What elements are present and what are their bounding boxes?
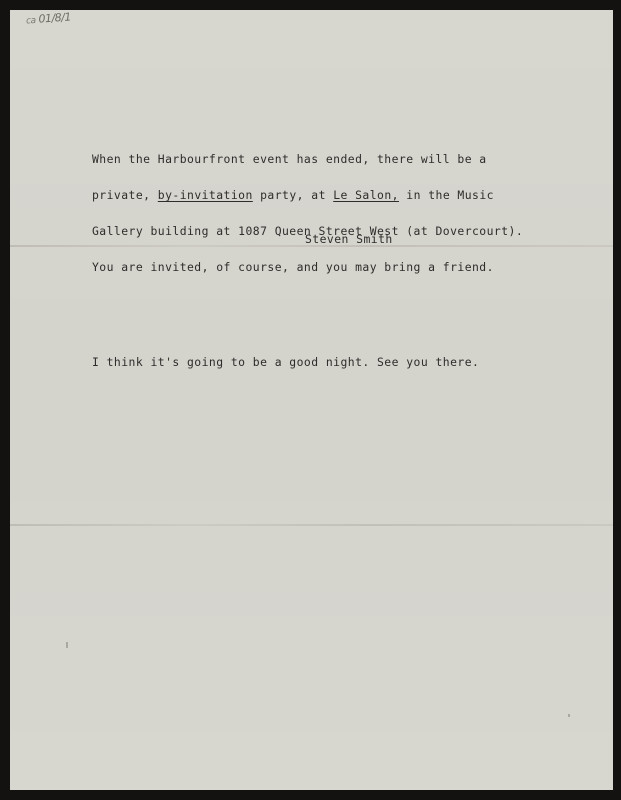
signature: Steven Smith <box>305 232 393 246</box>
text-line: You are invited, of course, and you may … <box>92 261 523 273</box>
text-line: When the Harbourfront event has ended, t… <box>92 153 523 165</box>
letter-page: ca01/8/1 When the Harbourfront event has… <box>10 10 613 790</box>
text-line: private, by-invitation party, at Le Salo… <box>92 189 523 201</box>
paragraph-invitation: When the Harbourfront event has ended, t… <box>92 129 523 297</box>
text-line: I think it's going to be a good night. S… <box>92 356 523 368</box>
text-fragment: private, <box>92 188 158 202</box>
underlined-text-le-salon: Le Salon, <box>333 188 399 202</box>
paper-speck <box>66 642 68 648</box>
archive-mark-prefix: ca <box>26 16 36 27</box>
archive-handwritten-mark: ca01/8/1 <box>26 10 72 26</box>
paragraph-closing: I think it's going to be a good night. S… <box>92 332 523 392</box>
paper-fold-line <box>10 524 613 526</box>
paper-speck <box>568 714 570 717</box>
text-fragment: in the Music <box>399 188 494 202</box>
underlined-text-by-invitation: by-invitation <box>158 188 253 202</box>
archive-mark-number: 01/8/1 <box>38 10 71 25</box>
letter-body: When the Harbourfront event has ended, t… <box>92 105 523 416</box>
text-fragment: party, at <box>253 188 333 202</box>
